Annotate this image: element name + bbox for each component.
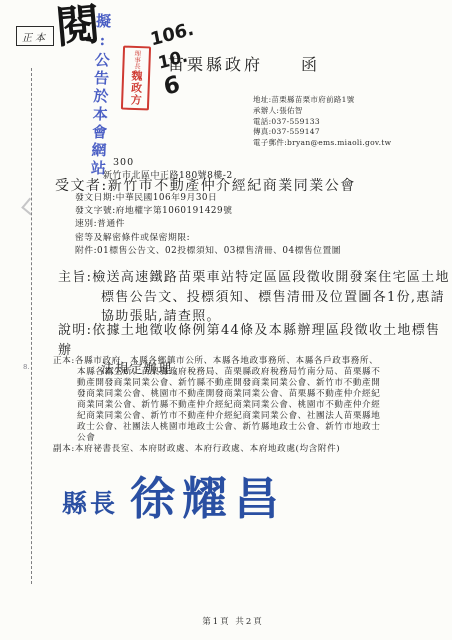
description-label: 說明: [58, 323, 92, 338]
letter-meta-block: 發文日期:中華民國106年9月30日 發文字號:府地權字第1060191429號… [75, 192, 341, 258]
subject-line: 標售公告文、投標須知、標售清冊及位置圖各1份,惠請 [58, 288, 450, 308]
document-page: 正本 閱 擬:公告於本會網站 理事長 魏政方 106. 10. 6 苗栗縣政府 … [0, 0, 452, 640]
ref-number-line: 發文字號:府地權字第1060191429號 [75, 205, 341, 218]
margin-number-mark: 8. [23, 363, 30, 371]
sender-contact-block: 地址:苗栗縣苗栗市府前路1號 承辦人:張佑智 電話:037-559133 傳真:… [253, 95, 391, 149]
copy-recipients-line: 副本:本府祕書長室、本府財政處、本府行政處、本府地政處(均含附件) [53, 444, 380, 455]
original-recipients-line: 紀商業同業公會、新竹市不動產仲介經紀商業同業公會、社團法人苗栗縣地 [53, 411, 380, 422]
binding-fold-dashed-line [31, 68, 32, 584]
document-title: 苗栗縣政府 函 [168, 52, 320, 75]
subject-label: 主旨: [58, 270, 92, 285]
description-line: 說明:依據土地徵收條例第44條及本縣辦理區段徵收土地標售辦 [58, 321, 452, 360]
original-recipients-line: 正本:各縣市政府、本縣各鄉鎮市公所、本縣各地政事務所、本縣各戶政事務所、 [53, 356, 380, 367]
chairman-seal-stamp: 理事長 魏政方 [121, 46, 151, 110]
subject-line: 主旨:檢送高速鐵路苗栗車站特定區區段徵收開發案住宅區土地 [58, 268, 450, 288]
description-text: 依據土地徵收條例第44條及本縣辦理區段徵收土地標售辦 [58, 323, 440, 358]
recipient-postal-code: 300 [113, 157, 134, 168]
security-line: 密等及解密條件或保密期限: [75, 232, 341, 245]
original-recipients-line: 本縣各衛生所、苗栗縣政府稅務局、苗栗縣政府稅務局竹南分局、苗栗縣不 [53, 367, 380, 378]
attachments-line: 附件:01標售公告文、02投標須知、03標售清冊、04標售位置圖 [75, 245, 341, 258]
original-recipients-line: 政士公會、社團法人桃園市地政士公會、新竹縣地政士公會、新竹市地政士 [53, 422, 380, 433]
sender-email: 電子郵件:bryan@ems.miaoli.gov.tw [253, 138, 391, 149]
original-recipients-line: 發商業同業公會、桃園市不動產開發商業同業公會、苗栗縣不動產仲介經紀 [53, 389, 380, 400]
copy-type-stamp: 正本 [16, 26, 54, 46]
speed-line: 速別:普通件 [75, 218, 341, 231]
sender-address: 地址:苗栗縣苗栗市府前路1號 [253, 95, 391, 106]
subject-text: 檢送高速鐵路苗栗車站特定區區段徵收開發案住宅區土地 [92, 270, 450, 285]
sender-contact-person: 承辦人:張佑智 [253, 106, 391, 117]
subject-block: 主旨:檢送高速鐵路苗栗車站特定區區段徵收開發案住宅區土地 標售公告文、投標須知、… [58, 268, 450, 327]
original-recipients-line: 動產開發商業同業公會、新竹縣不動產開發商業同業公會、新竹市不動產開 [53, 378, 380, 389]
handwritten-date-part3: 6 [162, 73, 182, 100]
sender-phone: 電話:037-559133 [253, 117, 391, 128]
issue-date-line: 發文日期:中華民國106年9月30日 [75, 192, 341, 205]
sender-fax: 傳真:037-559147 [253, 127, 391, 138]
magistrate-signature-stamp: 縣長 徐耀昌 [62, 474, 286, 524]
magistrate-name: 徐耀昌 [130, 474, 286, 524]
chairman-seal-title: 理事長 [133, 50, 141, 70]
original-recipients-line: 商業同業公會、新竹縣不動產仲介經紀商業同業公會、桃園市不動產仲介經 [53, 400, 380, 411]
page-number-footer: 第1頁 共2頁 [0, 615, 452, 627]
magistrate-title: 縣長 [62, 484, 118, 520]
margin-scribble-mark [21, 198, 39, 216]
original-recipients-line: 公會 [53, 433, 380, 444]
chairman-seal-name: 魏政方 [129, 69, 142, 105]
handwritten-date-part1: 106. [149, 20, 195, 49]
distribution-block: 正本:各縣市政府、本縣各鄉鎮市公所、本縣各地政事務所、本縣各戶政事務所、 本縣各… [53, 356, 380, 455]
